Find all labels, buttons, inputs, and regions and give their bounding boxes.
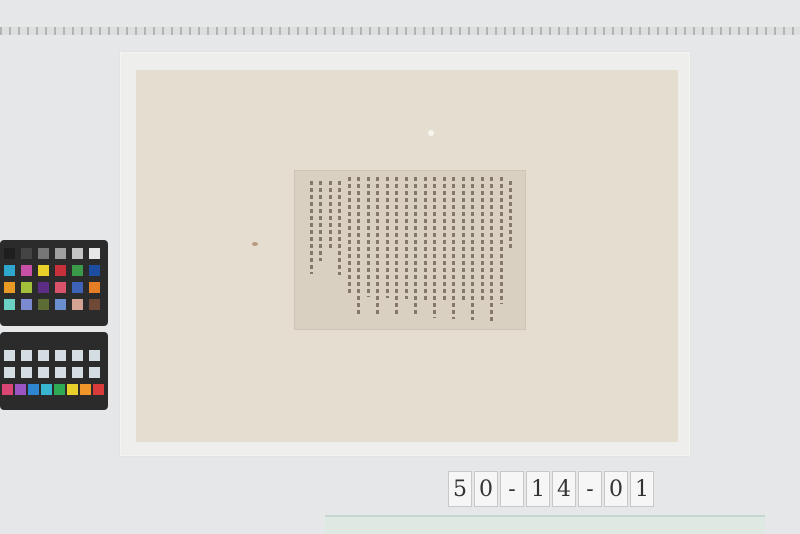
color-swatch (80, 384, 91, 395)
color-swatch (72, 299, 83, 310)
ink-column (509, 181, 512, 251)
id-char: 0 (474, 471, 498, 507)
color-swatch (89, 367, 100, 378)
handwritten-document (294, 170, 526, 330)
color-swatch (21, 367, 32, 378)
color-swatch (72, 248, 83, 259)
measurement-ruler (0, 27, 800, 35)
id-char: 1 (630, 471, 654, 507)
color-swatch (55, 367, 66, 378)
color-swatch (55, 299, 66, 310)
color-swatch (41, 384, 52, 395)
color-swatch (21, 282, 32, 293)
color-swatch (54, 384, 65, 395)
color-swatch (38, 248, 49, 259)
color-swatch (89, 248, 100, 259)
color-swatch (55, 248, 66, 259)
ink-column (481, 177, 484, 303)
color-swatch (55, 350, 66, 361)
id-char: 1 (526, 471, 550, 507)
color-swatch (38, 350, 49, 361)
ink-column (462, 177, 465, 302)
color-swatch (4, 282, 15, 293)
glass-tray (325, 515, 765, 534)
color-swatch (38, 282, 49, 293)
ink-column (329, 181, 332, 248)
ink-column (376, 177, 379, 315)
id-char: - (500, 471, 524, 507)
color-swatch (21, 299, 32, 310)
color-swatch (72, 282, 83, 293)
ink-column (348, 177, 351, 296)
color-swatch (55, 282, 66, 293)
id-char: 0 (604, 471, 628, 507)
color-swatch (72, 350, 83, 361)
color-swatch (89, 282, 100, 293)
color-swatch (4, 367, 15, 378)
color-swatch (15, 384, 26, 395)
ink-column (310, 181, 313, 274)
color-swatch (21, 248, 32, 259)
ink-column (338, 181, 341, 275)
ink-column (367, 177, 370, 297)
color-swatch (38, 265, 49, 276)
ink-column (405, 177, 408, 299)
color-swatch (93, 384, 104, 395)
ink-column (414, 177, 417, 317)
color-swatch (89, 299, 100, 310)
id-char: - (578, 471, 602, 507)
ink-column (386, 177, 389, 298)
color-swatch (4, 299, 15, 310)
color-swatch (38, 367, 49, 378)
ink-column (357, 177, 360, 314)
id-char: 4 (552, 471, 576, 507)
ink-column (443, 177, 446, 301)
ink-column (452, 177, 455, 319)
color-swatch (2, 384, 13, 395)
ink-column (319, 181, 322, 261)
paper-stain (252, 242, 258, 246)
color-swatch (72, 265, 83, 276)
color-swatch (4, 265, 15, 276)
color-swatch (4, 248, 15, 259)
color-swatch (21, 265, 32, 276)
color-swatch (55, 265, 66, 276)
color-swatch (28, 384, 39, 395)
ink-column (471, 177, 474, 320)
id-label: 5 0 - 1 4 - 0 1 (448, 471, 654, 507)
color-swatch (4, 350, 15, 361)
color-checker-top-panel (0, 240, 108, 326)
color-checker-bottom-panel (0, 332, 108, 410)
color-swatch (21, 350, 32, 361)
paper-hole (428, 130, 434, 136)
ink-column (395, 177, 398, 316)
color-swatch (67, 384, 78, 395)
ink-column (433, 177, 436, 318)
color-swatch (38, 299, 49, 310)
color-checker (0, 240, 110, 410)
id-char: 5 (448, 471, 472, 507)
ink-column (500, 177, 503, 304)
ink-column (424, 177, 427, 300)
color-swatch (89, 350, 100, 361)
color-swatch (89, 265, 100, 276)
color-swatch (72, 367, 83, 378)
ink-column (490, 177, 493, 321)
